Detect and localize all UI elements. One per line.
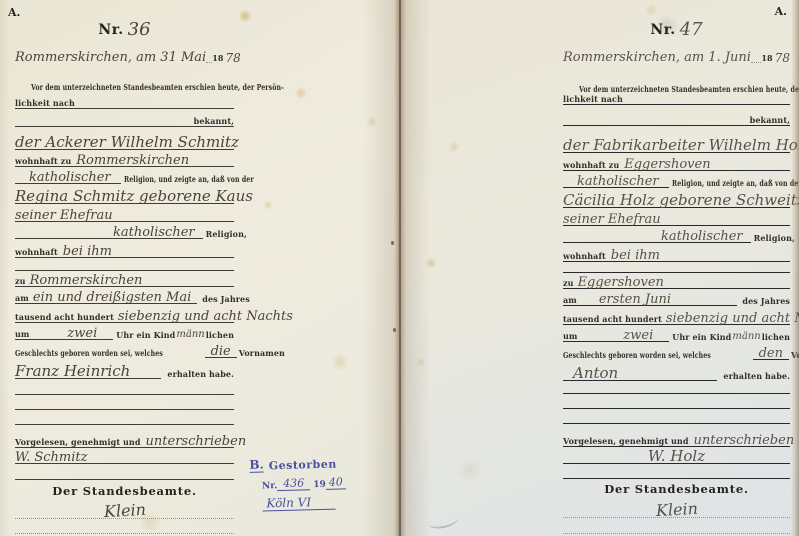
right-birthdate-line: am ersten Juni des Jahres <box>563 289 790 306</box>
right-religion-line-2: katholischer Religion, <box>563 226 790 243</box>
ink-speck <box>393 328 396 332</box>
right-relation-line: seiner Ehefrau <box>563 208 790 226</box>
nr-label: Nr. <box>650 23 675 38</box>
right-birthtime-line: um zwei Uhr ein Kind männ lichen <box>563 325 790 342</box>
religion2-segment: katholischer <box>653 230 751 243</box>
right-blank-line <box>563 406 790 424</box>
declarant-name: der Fabrikarbeiter Wilhelm Holz <box>563 138 799 153</box>
rule-line <box>751 62 761 63</box>
birthplace-value: Eggershoven <box>578 276 664 289</box>
left-names-line: Franz Heinrich erhalten habe. <box>15 359 234 379</box>
left-relation-line: seiner Ehefrau <box>15 204 234 222</box>
stamp-mark: B. <box>249 457 264 472</box>
dateline-year-printed: 18 <box>212 54 223 63</box>
birthyear-prefix: tausend acht hundert <box>563 315 662 324</box>
right-bottom-faint-line <box>563 516 790 534</box>
stamp-place: Köln VI <box>262 495 335 512</box>
dateline-year-written: 78 <box>775 52 790 64</box>
book-gutter <box>394 0 406 536</box>
stamp-word-gestorben: Gestorben <box>269 458 337 473</box>
left-intro-line-2: lichkeit nach <box>15 91 234 109</box>
right-known-line: bekannt, <box>563 108 790 126</box>
intro-text-2: lichkeit nach <box>563 95 623 104</box>
dateline-year-written: 78 <box>226 52 241 64</box>
birthtime-suffix: Uhr ein Kind <box>116 331 175 340</box>
left-blank-line <box>15 407 234 425</box>
register-book-spread: A. Nr. 36 Rommerskirchen, am 31 Mai 18 7… <box>0 0 799 536</box>
names-label: Vornamen <box>239 349 285 358</box>
birthplace-value: Rommerskirchen <box>30 274 143 287</box>
right-birthplace-line: zu Eggershoven <box>563 271 790 289</box>
residence-value: Eggershoven <box>624 158 710 171</box>
left-closing-line: Vorgelesen, genehmigt und unterschrieben <box>15 428 234 448</box>
mother-name: Regina Schmitz geborene Kaus <box>15 189 253 204</box>
gender-value: männ <box>176 330 204 340</box>
birthdate-prefix: am <box>563 296 577 305</box>
stamp-year-printed: 19 <box>313 480 326 490</box>
religion2-value: katholischer <box>113 226 195 239</box>
rule-line <box>15 238 105 239</box>
right-page: A. Nr. 47 Rommerskirchen, am 1. Juni 18 … <box>399 0 799 536</box>
left-religion-line-2: katholischer Religion, <box>15 222 234 239</box>
right-blank-line <box>563 461 790 479</box>
birthtime-segment: um zwei <box>563 329 669 342</box>
left-gender-line: Geschlechts geboren worden sei, welches … <box>15 341 234 358</box>
gender-value: männ <box>732 332 760 342</box>
stamp-year-written: 40 <box>326 475 346 490</box>
birthtime-prefix: um <box>15 330 29 339</box>
left-bottom-faint-line <box>15 516 234 534</box>
birthplace-label: zu <box>15 277 26 286</box>
left-intro-line-1: Vor dem unterzeichneten Standesbeamten e… <box>15 78 234 92</box>
residence-label: wohnhaft zu <box>563 161 619 170</box>
rule-line <box>563 242 653 243</box>
stamp-nr-label: Nr. <box>262 481 278 491</box>
left-form-column: Nr. 36 Rommerskirchen, am 31 Mai 18 78 V… <box>15 0 234 536</box>
right-religion-line-1: katholischer Religion, und zeigte an, da… <box>563 171 790 188</box>
religion2-segment: katholischer <box>105 226 203 239</box>
birthdate-segment: am ein und dreißigsten Mai <box>15 291 197 304</box>
stamp-number-row: Nr. 436 19 40 <box>262 474 390 491</box>
birthdate-segment: am ersten Juni <box>563 293 737 306</box>
left-known-line: bekannt, <box>15 109 234 127</box>
religion2-value: katholischer <box>661 230 743 243</box>
dateline-year-printed: 18 <box>761 54 772 63</box>
right-record-number-line: Nr. 47 <box>563 14 790 38</box>
residence-label: wohnhaft zu <box>15 157 71 166</box>
right-registrar-signature-line: Klein <box>563 497 790 518</box>
dateline-place-date: Rommerskirchen, am 1. Juni <box>563 51 751 64</box>
gender-prefix: Geschlechts geboren worden sei, welches <box>15 349 163 358</box>
left-religion-line-1: katholischer Religion, und zeigte an, da… <box>15 167 234 184</box>
relation-value: seiner Ehefrau <box>15 209 113 222</box>
left-mother-line: Regina Schmitz geborene Kaus <box>15 183 234 204</box>
record-number: 47 <box>680 21 703 39</box>
article-segment: den <box>753 347 789 360</box>
left-birthdate-line: am ein und dreißigsten Mai des Jahres <box>15 287 234 304</box>
dateline-place-date: Rommerskirchen, am 31 Mai <box>15 51 206 64</box>
registrar-title: Der Standesbeamte. <box>604 483 749 496</box>
birthtime-suffix: Uhr ein Kind <box>672 333 731 342</box>
right-birthyear-line: tausend acht hundert siebenzig und acht … <box>563 307 790 325</box>
religion2-suffix: Religion, <box>754 234 795 243</box>
birthyear-prefix: tausend acht hundert <box>15 313 114 322</box>
right-closing-line: Vorgelesen, genehmigt und unterschrieben <box>563 427 790 447</box>
birthdate-suffix: des Jahres <box>742 297 790 306</box>
right-gender-line: Geschlechts geboren worden sei, welches … <box>563 343 790 360</box>
death-annotation-stamp: B. Gestorben Nr. 436 19 40 Köln VI <box>249 454 390 517</box>
article-value: die <box>211 345 231 358</box>
gender-suffix: lichen <box>762 333 790 342</box>
birthdate-value: ein und dreißigsten Mai <box>33 291 191 304</box>
record-number: 36 <box>128 21 151 39</box>
registrar-title: Der Standesbeamte. <box>52 485 197 498</box>
birthtime-value: zwei <box>623 329 653 342</box>
stamp-nr-value: 436 <box>277 476 310 491</box>
birthdate-value: ersten Juni <box>599 293 671 306</box>
left-residence-line: wohnhaft zu Rommerskirchen <box>15 149 234 167</box>
birthdate-prefix: am <box>15 294 29 303</box>
gender-prefix: Geschlechts geboren worden sei, welches <box>563 351 711 360</box>
left-registrar-title-line: Der Standesbeamte. <box>15 484 234 498</box>
declarant-name: der Ackerer Wilhelm Schmitz <box>15 135 239 150</box>
ink-speck <box>391 241 394 245</box>
mother-name: Cäcilia Holz geborene Schweitz <box>563 193 799 208</box>
residence-value: Rommerskirchen <box>76 154 189 167</box>
known-suffix: bekannt, <box>750 116 790 125</box>
right-intro-line-2: lichkeit nach <box>563 87 790 105</box>
stamp-header-row: B. Gestorben <box>249 454 389 473</box>
nr-label: Nr. <box>98 23 123 38</box>
birthtime-prefix: um <box>563 332 577 341</box>
birthtime-segment: um zwei <box>15 327 113 340</box>
intro-text-2: lichkeit nach <box>15 99 75 108</box>
left-birthplace-line: zu Rommerskirchen <box>15 269 234 287</box>
left-dateline: Rommerskirchen, am 31 Mai 18 78 <box>15 44 234 63</box>
left-record-number-line: Nr. 36 <box>15 14 234 38</box>
religion2-suffix: Religion, <box>206 230 247 239</box>
birthyear-value: siebenzig und acht Nachts <box>118 310 293 323</box>
birthyear-value: siebenzig und acht Morgens <box>666 312 799 325</box>
right-mother-line: Cäcilia Holz geborene Schweitz <box>563 187 790 208</box>
birthdate-suffix: des Jahres <box>202 295 250 304</box>
right-registrar-title-line: Der Standesbeamte. <box>563 482 790 496</box>
stamp-place-row: Köln VI <box>262 493 390 511</box>
right-form-column: Nr. 47 Rommerskirchen, am 1. Juni 18 78 … <box>563 0 790 536</box>
article-segment: die <box>205 345 237 358</box>
gender-suffix: lichen <box>206 331 234 340</box>
right-residence-line: wohnhaft zu Eggershoven <box>563 153 790 171</box>
known-suffix: bekannt, <box>194 117 234 126</box>
left-birthtime-line: um zwei Uhr ein Kind männ lichen <box>15 323 234 340</box>
page-stack-edge <box>791 0 799 536</box>
relation-value: seiner Ehefrau <box>563 213 661 226</box>
birthtime-value: zwei <box>67 327 97 340</box>
left-declarant-line: der Ackerer Wilhelm Schmitz <box>15 130 234 150</box>
birthplace-label: zu <box>563 279 574 288</box>
right-dateline: Rommerskirchen, am 1. Juni 18 78 <box>563 44 790 63</box>
article-value: den <box>759 347 783 360</box>
right-declarant-line: der Fabrikarbeiter Wilhelm Holz <box>563 133 790 153</box>
left-blank-line <box>15 462 234 480</box>
left-birthyear-line: tausend acht hundert siebenzig und acht … <box>15 305 234 323</box>
